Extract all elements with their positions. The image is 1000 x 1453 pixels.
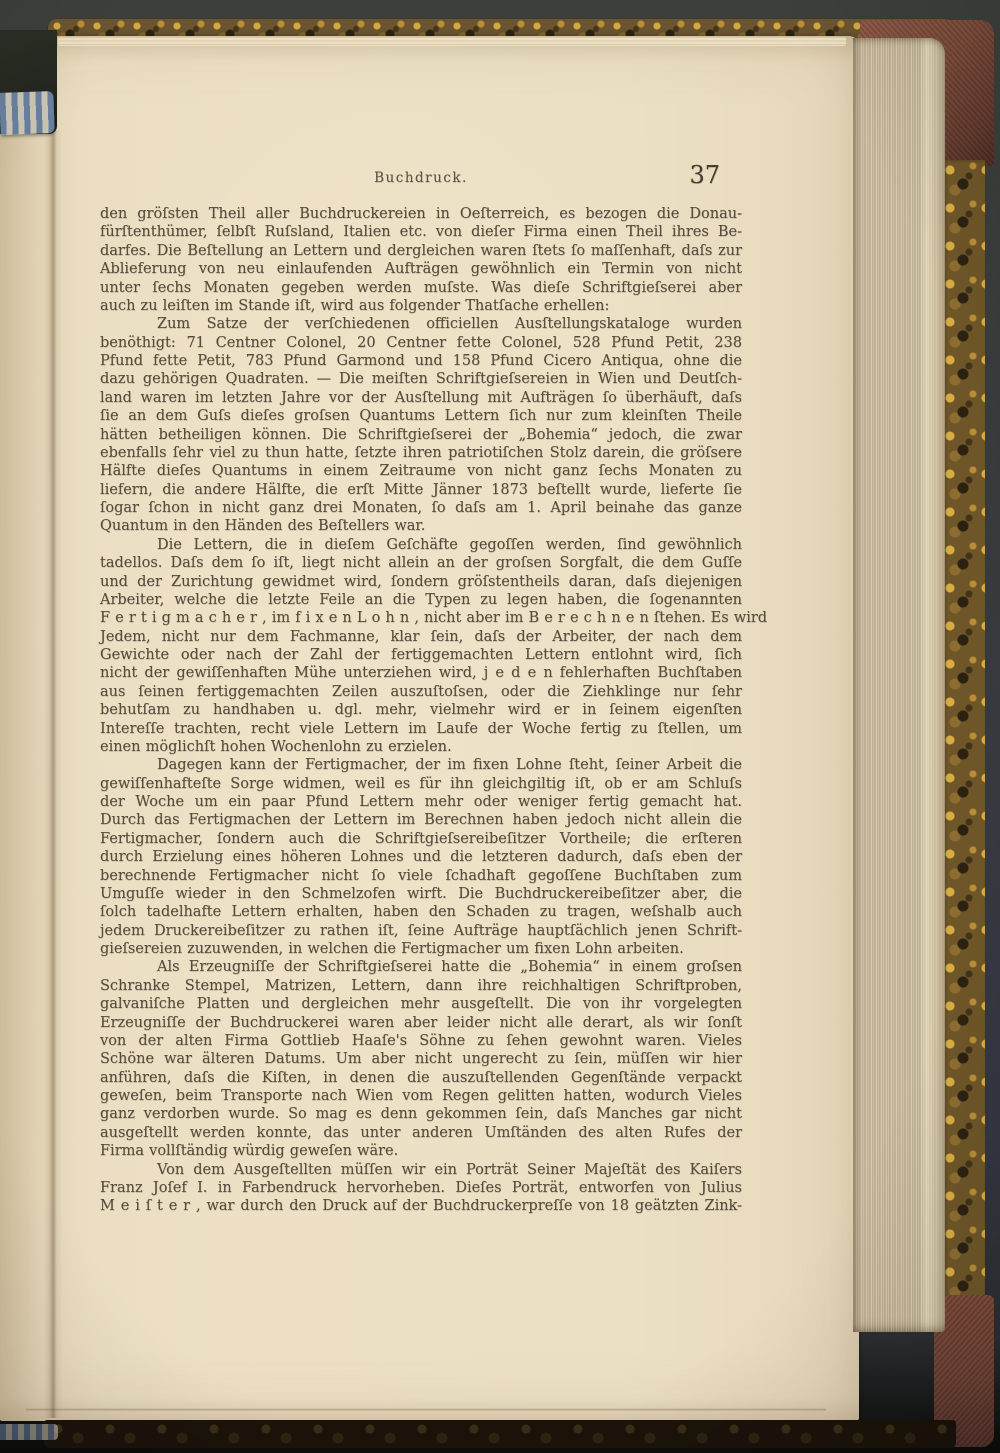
text-line: Jedem, nicht nur dem Fachmanne, klar ſei… [100,628,742,646]
text-line: Fertigmacher, ſondern auch die Schriftgi… [100,830,742,848]
text-line: Dagegen kann der Fertigmacher, der im fi… [100,756,742,774]
text-line: der Woche um ein paar Pfund Lettern mehr… [100,793,742,811]
page-number: 37 [689,161,720,189]
text-line: Intereſſe trachten, recht viele Lettern … [100,720,742,738]
text-line: benöthigt: 71 Centner Colonel, 20 Centne… [100,334,742,352]
text-line: ebenfalls ſehr viel zu thun hatte, ſetzt… [100,444,742,462]
text-line: ausgeſtellt werden konnte, das unter and… [100,1124,742,1142]
text-line: und der Zurichtung gewidmet wird, ſonder… [100,573,742,591]
running-head: Buchdruck. 37 [100,170,742,200]
text-line: Pfund fette Petit, 783 Pfund Garmond und… [100,352,742,370]
text-line: ganz verdorben wurde. So mag es denn gek… [100,1105,742,1123]
text-line: geweſen, beim Transporte nach Wien vom R… [100,1087,742,1105]
text-line: Franz Joſef I. in Farbendruck hervorhebe… [100,1179,742,1197]
text-line: Als Erzeugniſſe der Schriftgieſserei hat… [100,958,742,976]
text-line: nicht der gewiſſenhaften Mühe unterziehe… [100,664,742,682]
page-bottom-edge-line [26,1408,826,1411]
text-line: dazu gehörigen Quadraten. — Die meiſten … [100,370,742,388]
text-line: gewiſſenhafteſte Sorge widmen, weil es f… [100,775,742,793]
text-line: liefern, die andere Hälfte, die erſt Mit… [100,481,742,499]
fore-edge-page-stack [853,38,945,1332]
headband-bottom [0,1424,58,1440]
text-line: berechnende Fertigmacher nicht ſo viele … [100,867,742,885]
headband-top [0,91,55,135]
running-title: Buchdruck. [100,170,742,186]
text-line: unter ſechs Monaten gegeben werden muſst… [100,279,742,297]
text-line: auch zu leiſten im Stande iſt, wird aus … [100,297,742,315]
text-line: fürſtenthümer, ſelbſt Ruſsland, Italien … [100,223,742,241]
text-line: ſolch tadelhafte Lettern erhalten, haben… [100,903,742,921]
gutter-fold [44,130,62,1418]
text-line: hätten betheiligen können. Die Schriftgi… [100,426,742,444]
text-line: aus ſeinen fertiggemachten Zeilen auszuſ… [100,683,742,701]
text-line: Ablieferung von neu einlaufenden Aufträg… [100,260,742,278]
text-line: darfes. Die Beſtellung an Lettern und de… [100,242,742,260]
text-line: Durch das Fertigmachen der Lettern im Be… [100,811,742,829]
text-line: einen möglichſt hohen Wochenlohn zu erzi… [100,738,742,756]
text-line: M e i ſ t e r , war durch den Druck auf … [100,1197,742,1215]
text-line: Gewichte oder nach der Zahl der fertigge… [100,646,742,664]
text-line: gieſsereien zuzuwenden, in welchen die F… [100,940,742,958]
text-line: den gröſsten Theil aller Buchdruckereien… [100,205,742,223]
text-line: Erzeugniſſe der Buchdruckerei waren aber… [100,1014,742,1032]
text-line: Die Lettern, die in dieſem Geſchäfte geg… [100,536,742,554]
text-line: galvaniſche Platten und dergleichen mehr… [100,995,742,1013]
text-line: ſogar ſchon in nicht ganz drei Monaten, … [100,499,742,517]
text-line: behutſam zu handhaben u. dgl. mehr, viel… [100,701,742,719]
text-line: F e r t i g m a c h e r , im f i x e n L… [100,609,742,627]
text-line: Schranke Stempel, Matrizen, Lettern, dan… [100,977,742,995]
text-line: von der alten Firma Gottlieb Haaſe's Söh… [100,1032,742,1050]
text-line: Quantum in den Händen des Beſtellers war… [100,517,742,535]
text-line: jedem Druckereibeſitzer zu rathen iſt, ſ… [100,922,742,940]
text-line: Hälfte dieſes Quantums in einem Zeitraum… [100,462,742,480]
text-line: Firma vollſtändig würdig geweſen wäre. [100,1142,742,1160]
scanned-book-photo: Buchdruck. 37 den gröſsten Theil aller B… [0,0,1000,1453]
text-line: land waren im letzten Jahre vor der Ausſ… [100,389,742,407]
text-line: durch Erzielung eines höheren Lohnes und… [100,848,742,866]
text-line: Schöne war älteren Datums. Um aber nicht… [100,1050,742,1068]
text-line: Arbeiter, welche die letzte Feile an die… [100,591,742,609]
text-line: tadellos. Daſs dem ſo iſt, liegt nicht a… [100,554,742,572]
text-line: ſie an dem Guſs dieſes groſsen Quantums … [100,407,742,425]
text-line: anführen, daſs die Kiſten, in denen die … [100,1069,742,1087]
marbled-cover-right-edge [943,160,985,1305]
page-stack-top-edge [58,37,846,46]
cover-bottom-edge [44,1420,956,1448]
text-line: Von dem Ausgeſtellten müſſen wir ein Por… [100,1161,742,1179]
text-line: Zum Satze der verſchiedenen officiellen … [100,315,742,333]
text-line: Umguſſe wieder in den Schmelzofen wirft.… [100,885,742,903]
body-text: den gröſsten Theil aller Buchdruckereien… [100,205,742,1216]
